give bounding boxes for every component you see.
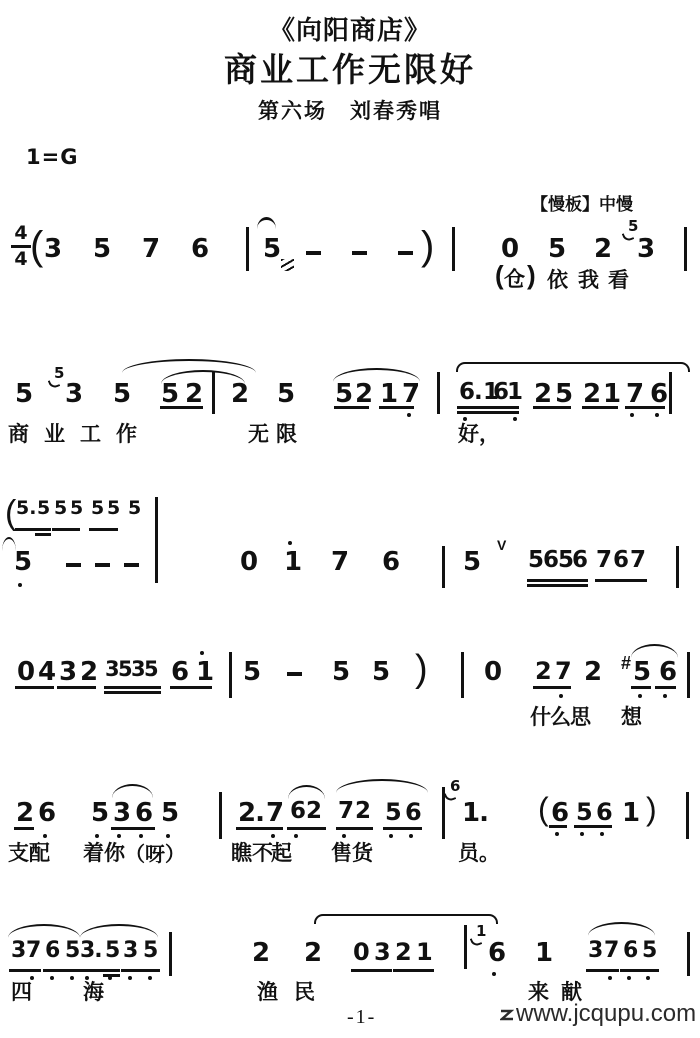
octave-dot: [95, 834, 99, 838]
fermata-icon: [257, 217, 276, 229]
lyric-syllable: 四: [11, 982, 32, 1003]
note: 0: [484, 659, 501, 685]
ornament-note: 5: [91, 499, 104, 518]
barline: [461, 652, 464, 698]
octave-dot: [166, 834, 170, 838]
watermark-zigzag-icon: [500, 1006, 514, 1023]
note: 3: [374, 940, 390, 964]
beam-line: [104, 691, 161, 694]
note: 2: [594, 236, 611, 262]
note: 3: [123, 940, 137, 962]
beam-line: [15, 686, 54, 689]
note: 6: [45, 940, 59, 962]
note: 2: [231, 381, 248, 407]
note: 1: [603, 381, 620, 407]
score-canvas: 44(35765)05253(仓)依我看5535522552176.161252…: [0, 0, 700, 1038]
octave-dot: [580, 832, 584, 836]
beam-line: [533, 406, 571, 409]
note: 6: [290, 800, 305, 823]
tremolo-icon: [281, 259, 294, 271]
dash-continuation: [306, 251, 321, 255]
note: 0: [353, 940, 369, 964]
octave-dot: [600, 832, 604, 836]
beam-line: [527, 584, 588, 587]
lyric-syllable: 仓: [504, 269, 525, 290]
note: 0: [17, 659, 34, 685]
note: 2.: [238, 800, 264, 826]
note: 6: [488, 940, 505, 966]
note: 5: [463, 549, 480, 575]
barline: [687, 932, 690, 976]
note: 6.: [459, 381, 482, 404]
note: 3: [113, 800, 130, 826]
lyric-syllable: 员。: [458, 843, 500, 864]
note: 5: [15, 381, 32, 407]
lyric-syllable: 好，: [458, 424, 500, 445]
note: 2: [304, 940, 321, 966]
note: 5: [555, 381, 572, 407]
beam-line: [43, 969, 80, 972]
octave-dot: [342, 834, 346, 838]
octave-dot: [128, 976, 132, 980]
beam-line: [334, 406, 369, 409]
slur: [8, 924, 80, 938]
beam-line: [655, 686, 676, 689]
note: 7: [266, 800, 283, 826]
ornament-note: 5: [128, 499, 141, 518]
ornament-note: 5: [107, 499, 120, 518]
barline: [687, 652, 690, 698]
beam-line: [595, 579, 647, 582]
beam-line: [121, 969, 160, 972]
octave-dot: [389, 834, 393, 838]
note: 5: [558, 549, 573, 572]
ornament-note: 5.: [16, 499, 36, 518]
lyric-syllable: ): [527, 262, 536, 288]
octave-dot: [608, 976, 612, 980]
octave-dot: [148, 976, 152, 980]
note: 5: [633, 659, 650, 685]
beam-line: [549, 825, 567, 828]
slur: [336, 779, 428, 793]
note: 1: [196, 659, 213, 685]
barline: [676, 546, 679, 588]
note: 5: [143, 940, 157, 962]
lyric-syllable: （呀）: [125, 845, 185, 865]
note: 6: [191, 236, 208, 262]
note: 7: [596, 549, 611, 572]
note: 1: [507, 381, 522, 404]
note: 5: [14, 549, 31, 575]
beam-line: [52, 528, 80, 531]
note: 3: [105, 659, 119, 680]
beam-line: [393, 969, 434, 972]
note: 5: [91, 800, 108, 826]
lyric-syllable: 民: [294, 982, 315, 1003]
time-signature: 44: [10, 224, 32, 269]
note: 2: [355, 800, 370, 823]
dash-continuation: [95, 563, 110, 567]
note: 6: [596, 800, 612, 824]
beam-line: [57, 686, 96, 689]
note: 3: [131, 659, 145, 680]
note: 6: [659, 659, 676, 685]
note: 2: [535, 659, 551, 683]
beam-line: [170, 686, 212, 689]
octave-dot: [18, 583, 22, 587]
note: 5: [65, 940, 79, 962]
note: 2: [584, 659, 601, 685]
parenthesis: (: [5, 496, 16, 530]
octave-dot: [288, 541, 292, 545]
note: 5: [335, 381, 352, 407]
note: 5: [642, 940, 656, 962]
barline: [684, 227, 687, 271]
lyric-syllable: 海: [83, 982, 104, 1003]
lyric-syllable: 依: [547, 270, 568, 291]
lyric-syllable: 你: [104, 843, 125, 864]
octave-dot: [638, 694, 642, 698]
beam-line: [457, 406, 519, 409]
parenthesis: (: [538, 793, 549, 825]
note: 5: [113, 381, 130, 407]
dash-continuation: [352, 251, 367, 255]
note: 2: [252, 940, 269, 966]
beam-line: [14, 827, 34, 830]
note: 2: [185, 381, 202, 407]
breath-mark-icon: V: [497, 538, 506, 552]
beam-line: [236, 827, 283, 830]
lyric-syllable: 不: [252, 843, 273, 864]
octave-dot: [108, 976, 112, 980]
lyric-syllable: 思: [570, 707, 591, 728]
beam-line: [625, 406, 665, 409]
barline: [686, 792, 689, 839]
octave-dot: [70, 976, 74, 980]
parenthesis: ): [421, 226, 434, 266]
note: 6: [38, 800, 55, 826]
beam-line: [336, 827, 373, 830]
note: 0: [501, 236, 518, 262]
note: 5: [372, 659, 389, 685]
octave-dot: [200, 651, 204, 655]
octave-dot: [630, 413, 634, 417]
lyric-syllable: 售: [331, 843, 352, 864]
barline: [437, 372, 440, 414]
note: 2: [534, 381, 551, 407]
lyric-syllable: 瞧: [231, 843, 252, 864]
parenthesis: (: [30, 226, 43, 266]
octave-dot: [559, 694, 563, 698]
sharp-accidental: #: [621, 654, 631, 672]
slur: [588, 922, 655, 936]
octave-dot: [463, 417, 467, 421]
beam-line: [35, 533, 51, 536]
octave-dot: [555, 832, 559, 836]
dash-continuation: [124, 563, 139, 567]
note: 6: [171, 659, 188, 685]
octave-dot: [655, 413, 659, 417]
note: 5: [263, 236, 280, 262]
barline: [155, 497, 158, 583]
octave-dot: [409, 834, 413, 838]
phrase-mark: [456, 362, 690, 372]
note: 5: [161, 800, 178, 826]
note: 5: [93, 236, 110, 262]
note: 7: [604, 940, 618, 962]
barline: [452, 227, 455, 271]
lyric-syllable: 起: [271, 843, 292, 864]
beam-line: [574, 825, 612, 828]
beam-line: [89, 528, 118, 531]
barline: [229, 652, 232, 698]
barline: [219, 792, 222, 839]
barline: [669, 372, 672, 414]
octave-dot: [294, 834, 298, 838]
barline: [442, 546, 445, 588]
beam-line: [620, 969, 659, 972]
note: 2: [80, 659, 97, 685]
note: 2: [355, 381, 372, 407]
ornament-note: 5: [54, 499, 67, 518]
slur: [631, 644, 678, 658]
note: 3: [11, 940, 25, 962]
note: 4: [38, 659, 55, 685]
watermark-text: www.jcqupu.com: [516, 1002, 696, 1026]
sheet-music-page: 《向阳商店》 商业工作无限好 第六场 刘春秀唱 1=G 【慢板】中慢 44(35…: [0, 0, 700, 1038]
note: 5: [528, 549, 543, 572]
grace-note: 5: [628, 219, 638, 234]
ornament-note: 5: [70, 499, 83, 518]
note: 6: [382, 549, 399, 575]
note: 2: [395, 940, 411, 964]
note: 7: [630, 549, 645, 572]
lyric-syllable: 什: [530, 707, 551, 728]
parenthesis: ): [415, 650, 428, 688]
lyric-syllable: 渔: [257, 982, 278, 1003]
note: 1: [622, 800, 639, 826]
beam-line: [527, 579, 588, 582]
note: 1: [284, 549, 301, 575]
barline: [169, 932, 172, 976]
note: 3: [637, 236, 654, 262]
note: 6: [572, 549, 587, 572]
note: 2: [16, 800, 33, 826]
note: 1: [416, 940, 432, 964]
beam-line: [582, 406, 618, 409]
note: 5: [576, 800, 592, 824]
lyric-syllable: 限: [276, 424, 297, 445]
note: 1: [535, 940, 552, 966]
note: 5: [332, 659, 349, 685]
page-number: -1-: [347, 1007, 376, 1027]
octave-dot: [407, 413, 411, 417]
lyric-syllable: 工: [80, 424, 101, 445]
lyric-syllable: 着: [83, 843, 104, 864]
note: 5: [385, 800, 401, 824]
note: 3.: [80, 940, 102, 962]
note: 3: [65, 381, 82, 407]
beam-line: [383, 827, 422, 830]
ornament-note: 5: [37, 499, 50, 518]
octave-dot: [627, 976, 631, 980]
beam-line: [78, 969, 120, 972]
note: 6: [623, 940, 637, 962]
octave-dot: [513, 417, 517, 421]
beam-line: [351, 969, 392, 972]
note: 5: [548, 236, 565, 262]
beam-line: [379, 406, 414, 409]
beam-line: [457, 411, 519, 414]
beam-line: [111, 827, 155, 830]
octave-dot: [139, 834, 143, 838]
octave-dot: [50, 976, 54, 980]
lyric-syllable: (: [495, 262, 504, 288]
barline: [246, 227, 249, 271]
octave-dot: [30, 976, 34, 980]
beam-line: [287, 827, 326, 830]
beam-line: [533, 686, 571, 689]
note: 2: [583, 381, 600, 407]
note: 7: [402, 381, 419, 407]
octave-dot: [271, 834, 275, 838]
watermark: www.jcqupu.com: [500, 1002, 696, 1026]
lyric-syllable: 支: [8, 843, 29, 864]
slur: [288, 785, 325, 799]
lyric-syllable: 我: [578, 270, 599, 291]
note: 7: [555, 659, 571, 683]
note: 0: [240, 549, 257, 575]
grace-note: 1: [476, 924, 486, 939]
note: 6: [650, 381, 667, 407]
note: 6: [135, 800, 152, 826]
note: 1.: [462, 800, 488, 826]
beam-line: [631, 686, 651, 689]
note: 1: [380, 381, 397, 407]
grace-note: 6: [450, 779, 460, 794]
lyric-syllable: 配: [29, 843, 50, 864]
lyric-syllable: 无: [248, 424, 269, 445]
note: 3: [44, 236, 61, 262]
note: 6: [405, 800, 421, 824]
slur: [80, 924, 158, 938]
beam-line: [104, 686, 161, 689]
note: 7: [26, 940, 40, 962]
octave-dot: [663, 694, 667, 698]
beam-line: [160, 406, 203, 409]
beam-line: [586, 969, 619, 972]
lyric-syllable: 业: [44, 424, 65, 445]
dash-continuation: [398, 251, 413, 255]
lyric-syllable: 商: [8, 424, 29, 445]
note: 7: [331, 549, 348, 575]
octave-dot: [85, 976, 89, 980]
dash-continuation: [287, 672, 302, 676]
note: 5: [161, 381, 178, 407]
barline: [212, 372, 215, 414]
dash-continuation: [66, 563, 81, 567]
note: 5: [105, 940, 119, 962]
note: 7: [626, 381, 643, 407]
note: 6: [551, 800, 568, 826]
lyric-syllable: 想: [621, 707, 642, 728]
octave-dot: [646, 976, 650, 980]
note: 5: [243, 659, 260, 685]
barline: [464, 925, 467, 969]
octave-dot: [492, 972, 496, 976]
note: 7: [338, 800, 353, 823]
beam-line: [15, 528, 51, 531]
grace-note: 5: [54, 366, 64, 381]
lyric-syllable: 么: [550, 707, 571, 728]
note: 3: [59, 659, 76, 685]
note: 7: [142, 236, 159, 262]
beam-line: [9, 969, 41, 972]
phrase-mark: [314, 914, 498, 924]
octave-dot: [117, 834, 121, 838]
note: 3: [588, 940, 602, 962]
note: 5: [144, 659, 158, 680]
parenthesis: ): [646, 793, 657, 825]
note: 5: [118, 659, 132, 680]
lyric-syllable: 看: [608, 270, 629, 291]
note: 2: [306, 800, 321, 823]
note: 6: [493, 381, 508, 404]
note: 6: [613, 549, 628, 572]
slur: [112, 784, 153, 798]
lyric-syllable: 作: [116, 424, 137, 445]
lyric-syllable: 货: [352, 843, 373, 864]
note: 6: [543, 549, 558, 572]
octave-dot: [43, 834, 47, 838]
note: 5: [277, 381, 294, 407]
